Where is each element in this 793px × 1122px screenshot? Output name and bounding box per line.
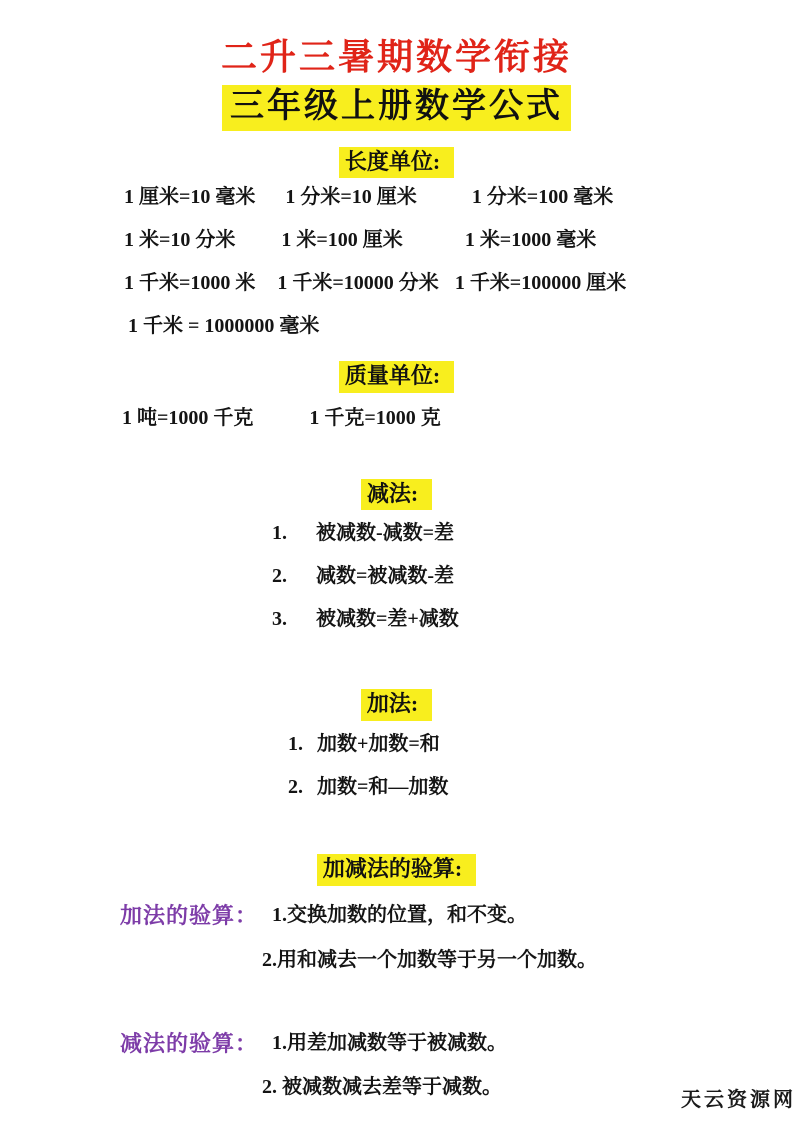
length-formula: 1 米=10 分米: [124, 227, 235, 253]
subtraction-check-label: 减法的验算：: [120, 1030, 258, 1057]
length-formula: 1 分米=100 毫米: [472, 184, 613, 210]
verification-heading: 加减法的验算:: [317, 854, 476, 886]
addition-check-row: 加法的验算： 1.交换加数的位置，和不变。: [0, 902, 793, 929]
item-number: 3.: [272, 606, 316, 632]
item-number: 2.: [272, 563, 316, 589]
mass-row-1: 1 吨=1000 千克 1 千克=1000 克: [0, 405, 793, 431]
length-row-3: 1 千米=1000 米 1 千米=10000 分米 1 千米=100000 厘米: [0, 270, 793, 296]
formula-sheet-page: 二升三暑期数学衔接 三年级上册数学公式 长度单位: 1 厘米=10 毫米 1 分…: [0, 0, 793, 1122]
length-formula: 1 千米=10000 分米: [277, 270, 438, 296]
page-subtitle-text: 三年级上册数学公式: [222, 85, 571, 131]
item-number: 1.: [272, 520, 316, 546]
list-item: 1. 被减数-减数=差: [0, 520, 793, 546]
list-item: 2. 减数=被减数-差: [0, 563, 793, 589]
addition-heading: 加法:: [361, 689, 432, 721]
subtraction-check-row: 减法的验算： 1.用差加减数等于被减数。: [0, 1030, 793, 1057]
watermark: 天云资源网: [681, 1083, 793, 1112]
item-number: 1.: [288, 731, 317, 757]
item-number: 2.: [288, 774, 317, 800]
subtraction-list: 1. 被减数-减数=差 2. 减数=被减数-差 3. 被减数=差+减数: [0, 520, 793, 632]
addition-check-label: 加法的验算：: [120, 902, 258, 929]
subtraction-heading: 减法:: [361, 479, 432, 511]
addition-list: 1. 加数+加数=和 2. 加数=和—加数: [0, 731, 793, 800]
list-item: 1. 加数+加数=和: [0, 731, 793, 757]
section-addition: 加法:: [0, 689, 793, 721]
length-formula: 1 千米=100000 厘米: [455, 270, 626, 296]
subtraction-formula: 被减数-减数=差: [316, 520, 454, 546]
length-formula: 1 分米=10 厘米: [285, 184, 416, 210]
addition-formula: 加数=和—加数: [317, 774, 448, 800]
page-title: 二升三暑期数学衔接: [0, 36, 793, 79]
length-formula: 1 米=1000 毫米: [465, 227, 596, 253]
addition-formula: 加数+加数=和: [317, 731, 440, 757]
subtraction-formula: 减数=被减数-差: [316, 563, 454, 589]
section-length-units: 长度单位:: [0, 147, 793, 179]
section-subtraction: 减法:: [0, 479, 793, 511]
subtraction-check-rule-1: 1.用差加减数等于被减数。: [272, 1030, 507, 1057]
mass-formula: 1 吨=1000 千克: [122, 405, 253, 431]
list-item: 2. 加数=和—加数: [0, 774, 793, 800]
list-item: 3. 被减数=差+减数: [0, 606, 793, 632]
length-formula: 1 千米=1000 米: [124, 270, 255, 296]
length-row-2: 1 米=10 分米 1 米=100 厘米 1 米=1000 毫米: [0, 227, 793, 253]
length-formula: 1 千米 = 1000000 毫米: [128, 313, 319, 339]
length-row-4: 1 千米 = 1000000 毫米: [0, 313, 793, 339]
section-verification: 加减法的验算:: [0, 854, 793, 886]
length-formula: 1 米=100 厘米: [281, 227, 402, 253]
subtraction-check-rule-2: 2. 被减数减去差等于减数。: [0, 1074, 793, 1101]
addition-check-rule-2: 2.用和减去一个加数等于另一个加数。: [0, 947, 793, 974]
length-formula: 1 厘米=10 毫米: [124, 184, 255, 210]
addition-check-rule-1: 1.交换加数的位置，和不变。: [272, 902, 527, 929]
mass-units-heading: 质量单位:: [339, 361, 454, 393]
subtraction-formula: 被减数=差+减数: [316, 606, 459, 632]
mass-formula: 1 千克=1000 克: [309, 405, 440, 431]
section-mass-units: 质量单位:: [0, 361, 793, 393]
page-subtitle: 三年级上册数学公式: [0, 85, 793, 131]
length-units-heading: 长度单位:: [339, 147, 454, 179]
length-row-1: 1 厘米=10 毫米 1 分米=10 厘米 1 分米=100 毫米: [0, 184, 793, 210]
